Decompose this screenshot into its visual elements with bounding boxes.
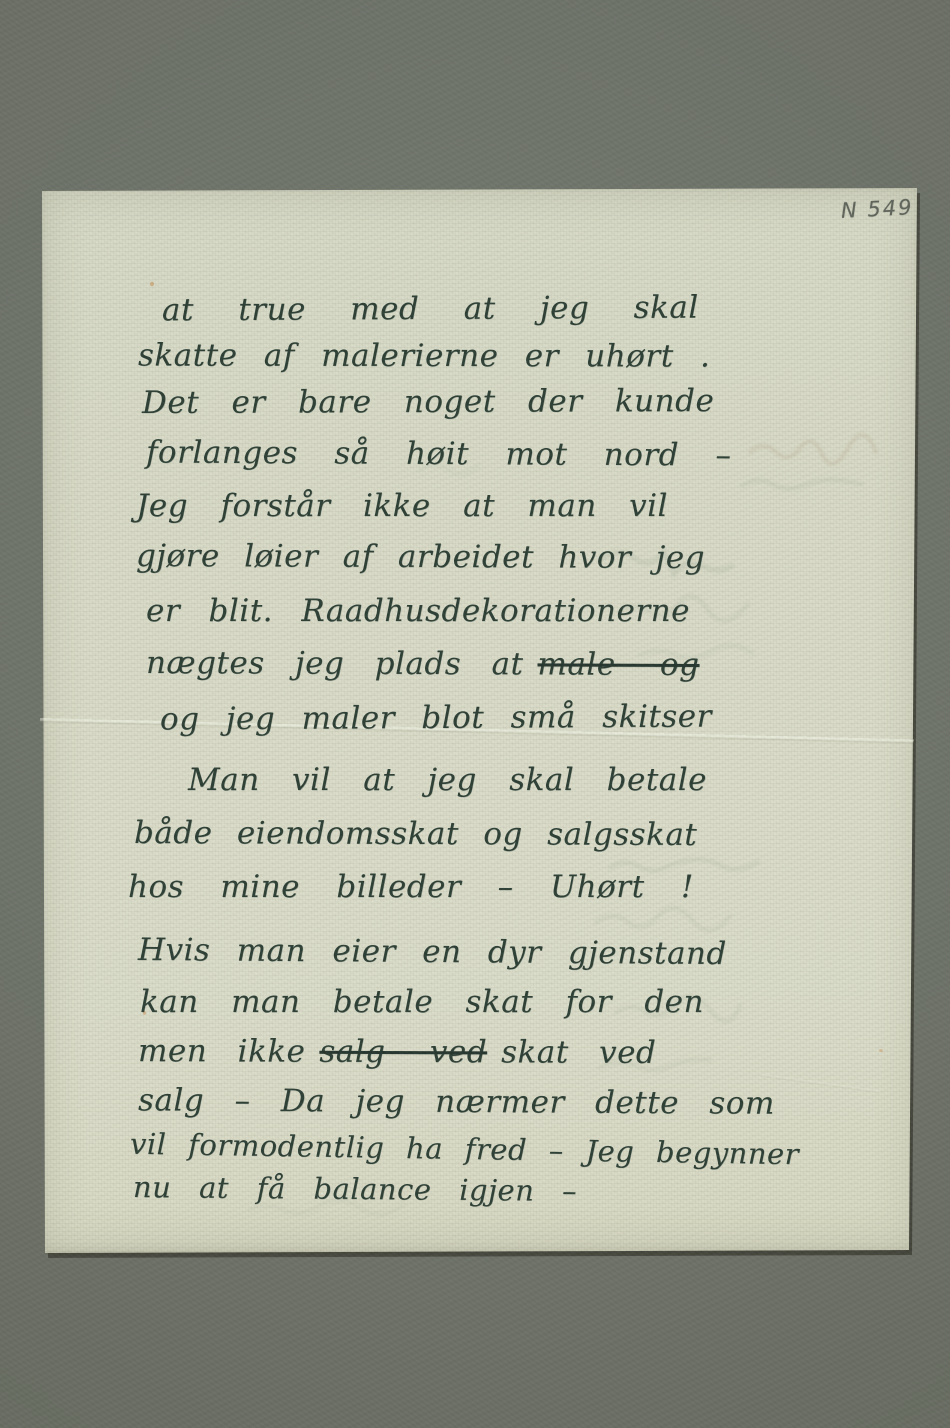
handwriting-line: og jeg maler blot små skitser	[160, 699, 712, 738]
handwriting-line: salg – Da jeg nærmer dette som	[138, 1082, 775, 1121]
handwriting-text: og jeg maler blot små skitser	[160, 699, 712, 738]
handwriting-text: nu at få balance igjen –	[133, 1170, 577, 1208]
handwriting-line: Man vil at jeg skal betale	[188, 762, 707, 798]
handwriting-text: nægtes jeg plads at	[146, 645, 524, 682]
handwriting-line: gjøre løier af arbeidet hvor jeg	[136, 538, 705, 576]
handwriting-line: nægtes jeg plads atmale og	[146, 645, 700, 683]
handwriting-line: nu at få balance igjen –	[133, 1170, 577, 1208]
handwriting-text: skatte af malerierne er uhørt .	[138, 338, 710, 375]
handwriting-text: men ikke	[138, 1033, 306, 1070]
handwriting-text: gjøre løier af arbeidet hvor jeg	[136, 538, 705, 576]
struck-through-text: salg ved	[319, 1034, 487, 1071]
handwriting-text: hos mine billeder – Uhørt !	[128, 869, 694, 905]
handwriting-text: er blit. Raadhusdekorationerne	[146, 593, 690, 629]
handwriting-line: kan man betale skat for den	[140, 984, 704, 1020]
handwriting-text: at true med at jeg skal	[162, 290, 699, 329]
handwriting-line: er blit. Raadhusdekorationerne	[146, 593, 690, 629]
handwriting-text: Det er bare noget der kunde	[142, 383, 714, 421]
handwriting-line: hos mine billeder – Uhørt !	[128, 869, 694, 905]
handwriting-text: forlanges så høit mot nord –	[146, 434, 732, 473]
handwriting-text: kan man betale skat for den	[140, 984, 704, 1020]
handwriting-line: Det er bare noget der kunde	[142, 383, 714, 421]
archive-number: N 549	[840, 195, 914, 223]
handwriting-line: både eiendomsskat og salgsskat	[134, 815, 697, 853]
handwriting-line: at true med at jeg skal	[162, 290, 699, 329]
handwriting-text: Man vil at jeg skal betale	[188, 762, 707, 798]
handwriting-line: Jeg forstår ikke at man vil	[136, 488, 668, 524]
handwriting-text: Hvis man eier en dyr gjenstand	[138, 932, 727, 972]
handwriting-text: både eiendomsskat og salgsskat	[134, 815, 697, 853]
struck-through-text: male og	[537, 646, 699, 683]
handwriting-text: skat ved	[501, 1034, 656, 1071]
foxing-speck	[879, 1049, 883, 1052]
handwriting-text: Jeg forstår ikke at man vil	[136, 488, 668, 524]
handwriting-line: skatte af malerierne er uhørt .	[138, 338, 710, 375]
handwriting-line: men ikkesalg vedskat ved	[138, 1033, 656, 1071]
handwriting-line: Hvis man eier en dyr gjenstand	[138, 932, 727, 972]
foxing-speck	[150, 282, 154, 286]
handwriting-line: forlanges så høit mot nord –	[146, 434, 732, 473]
handwriting-text: salg – Da jeg nærmer dette som	[138, 1082, 775, 1121]
scanned-letter-background: N 549 at true med at jeg skalskatte af m…	[0, 0, 950, 1428]
